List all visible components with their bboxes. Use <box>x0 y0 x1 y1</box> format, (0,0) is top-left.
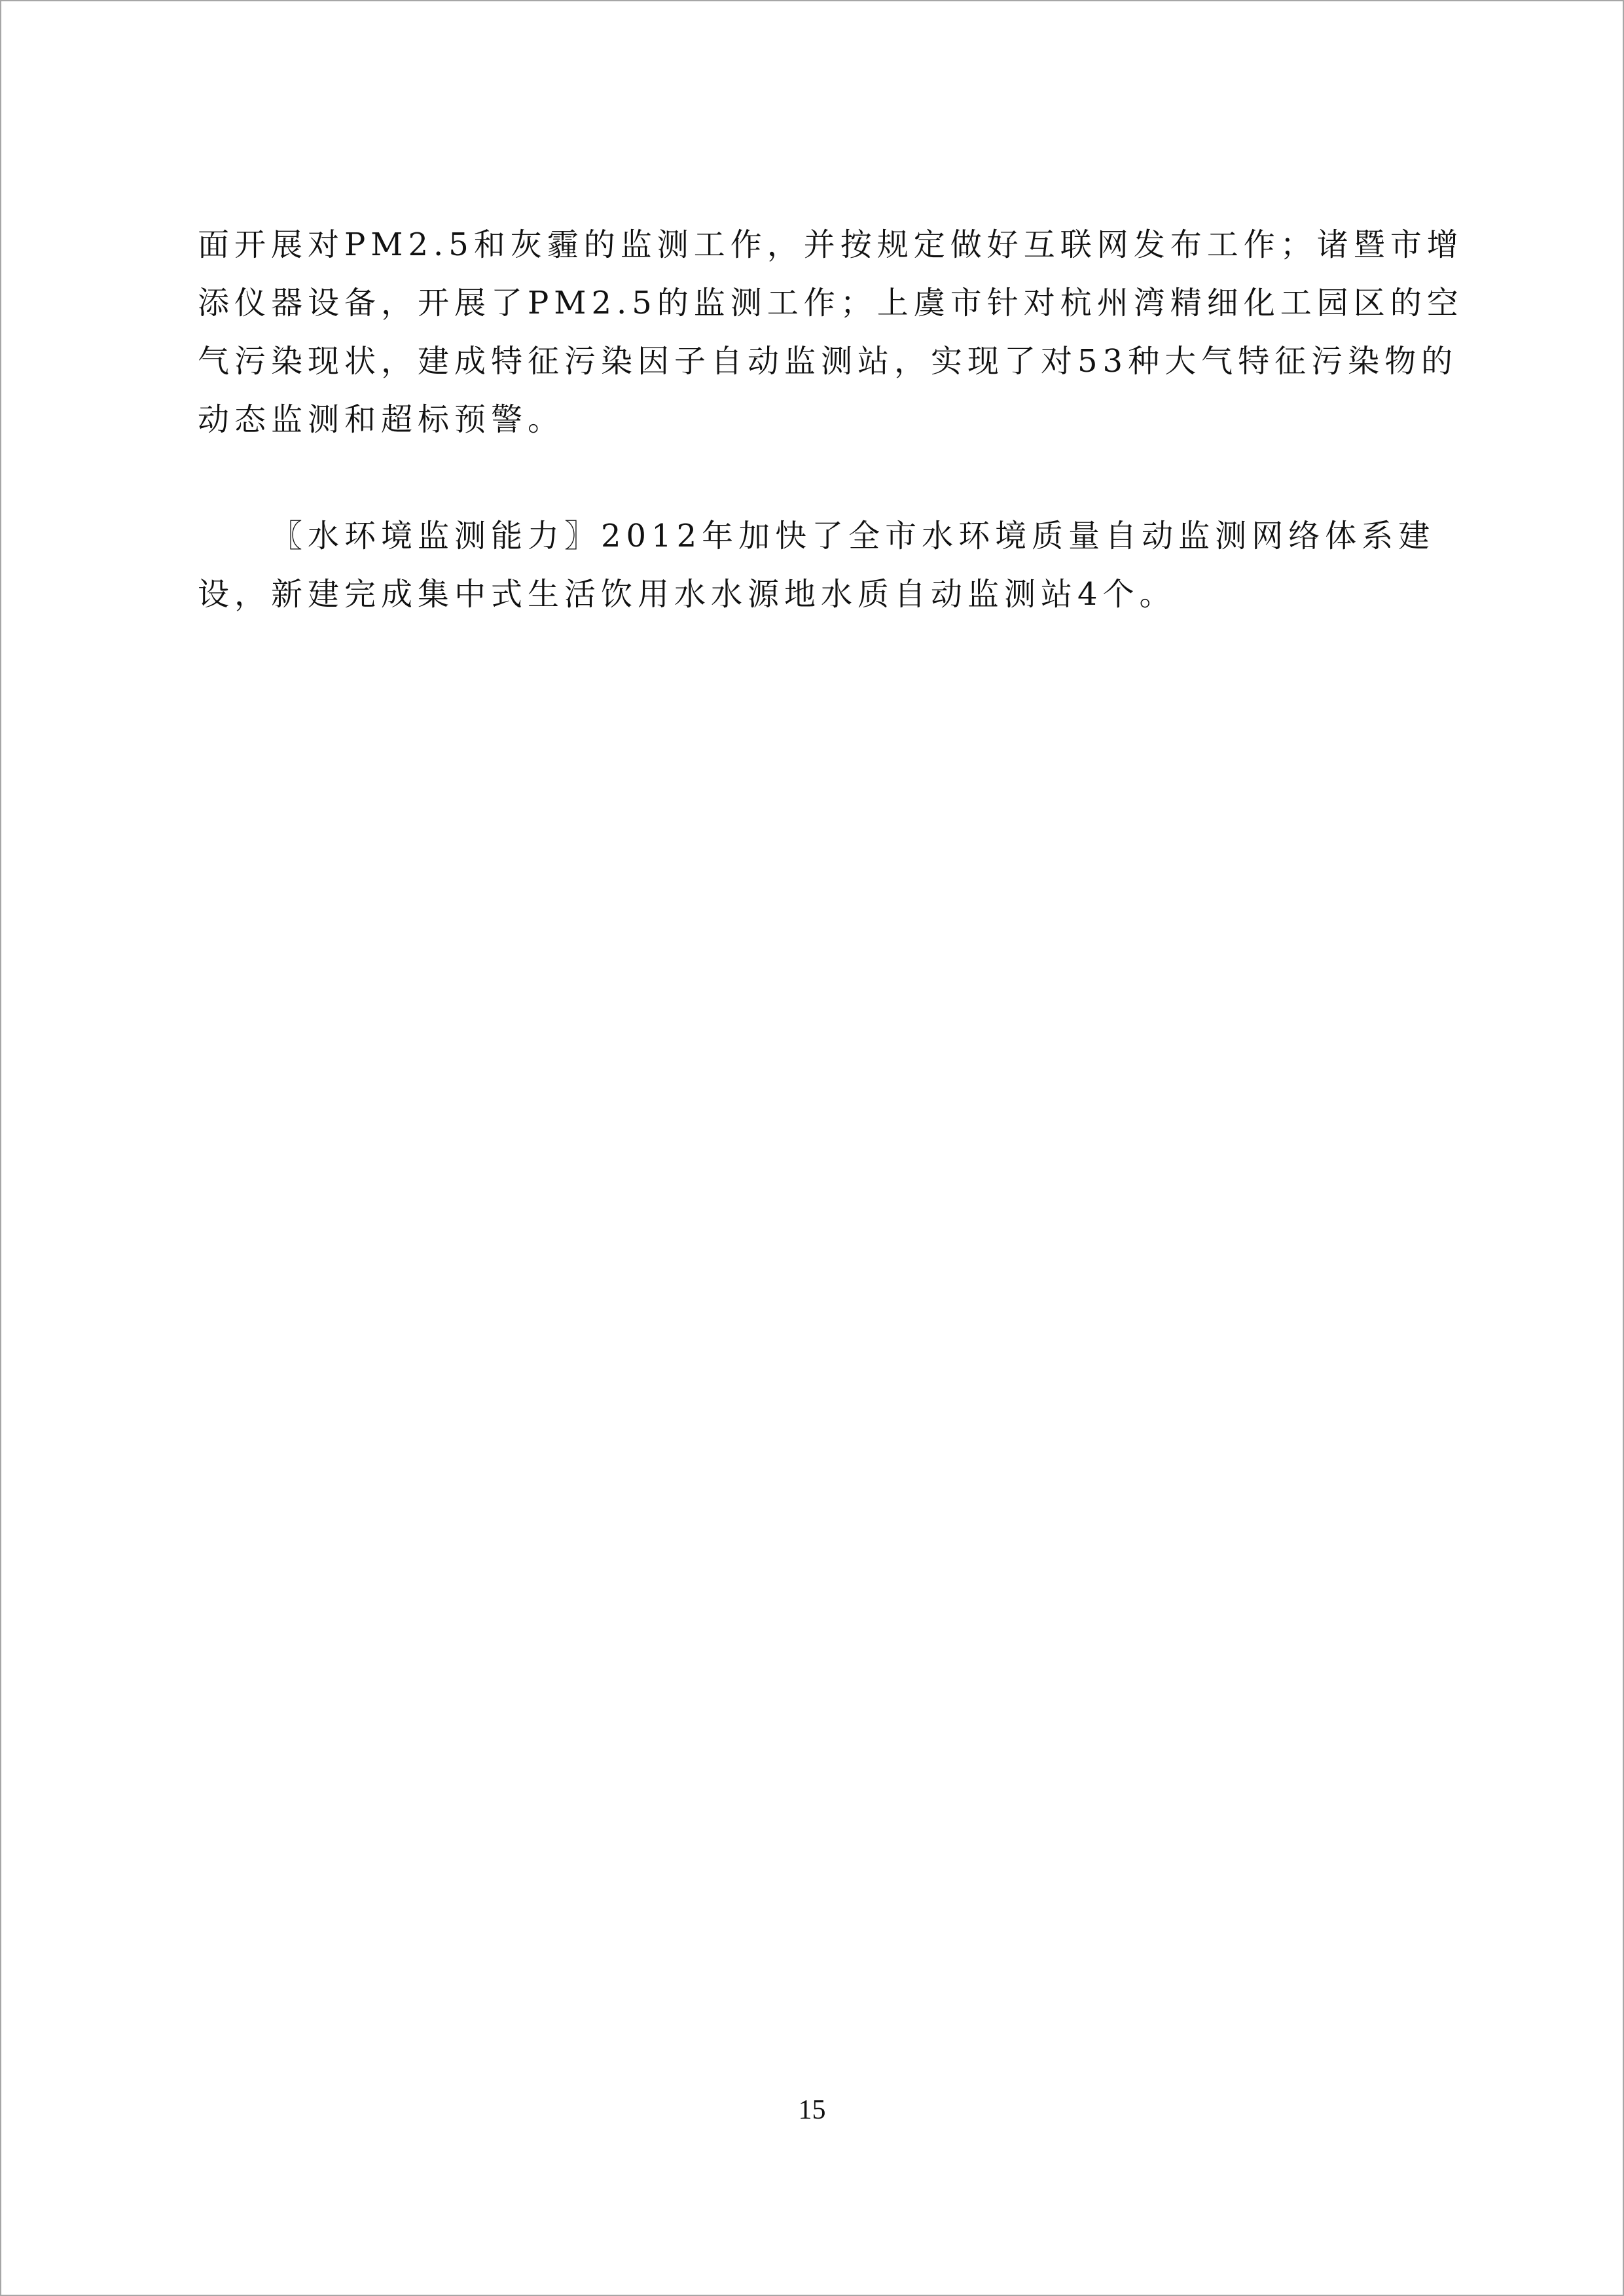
paragraph-water-monitoring: 〖水环境监测能力〗2012年加快了全市水环境质量自动监测网络体系建 设，新建完成… <box>198 507 1432 624</box>
paragraph-line: 动态监测和超标预警。 <box>198 391 1432 449</box>
paragraph-line: 面开展对PM2.5和灰霾的监测工作，并按规定做好互联网发布工作；诸暨市增 <box>198 216 1432 274</box>
paragraph-line: 〖水环境监测能力〗2012年加快了全市水环境质量自动监测网络体系建 <box>198 507 1432 565</box>
paragraph-line: 设，新建完成集中式生活饮用水水源地水质自动监测站4个。 <box>198 565 1432 624</box>
paragraph-line: 气污染现状，建成特征污染因子自动监测站，实现了对53种大气特征污染物的 <box>198 332 1432 391</box>
page-number: 15 <box>0 2094 1624 2126</box>
paragraph-line: 添仪器设备，开展了PM2.5的监测工作；上虞市针对杭州湾精细化工园区的空 <box>198 274 1432 332</box>
paragraph-air-monitoring: 面开展对PM2.5和灰霾的监测工作，并按规定做好互联网发布工作；诸暨市增 添仪器… <box>198 216 1432 449</box>
document-page: 面开展对PM2.5和灰霾的监测工作，并按规定做好互联网发布工作；诸暨市增 添仪器… <box>0 0 1624 2296</box>
